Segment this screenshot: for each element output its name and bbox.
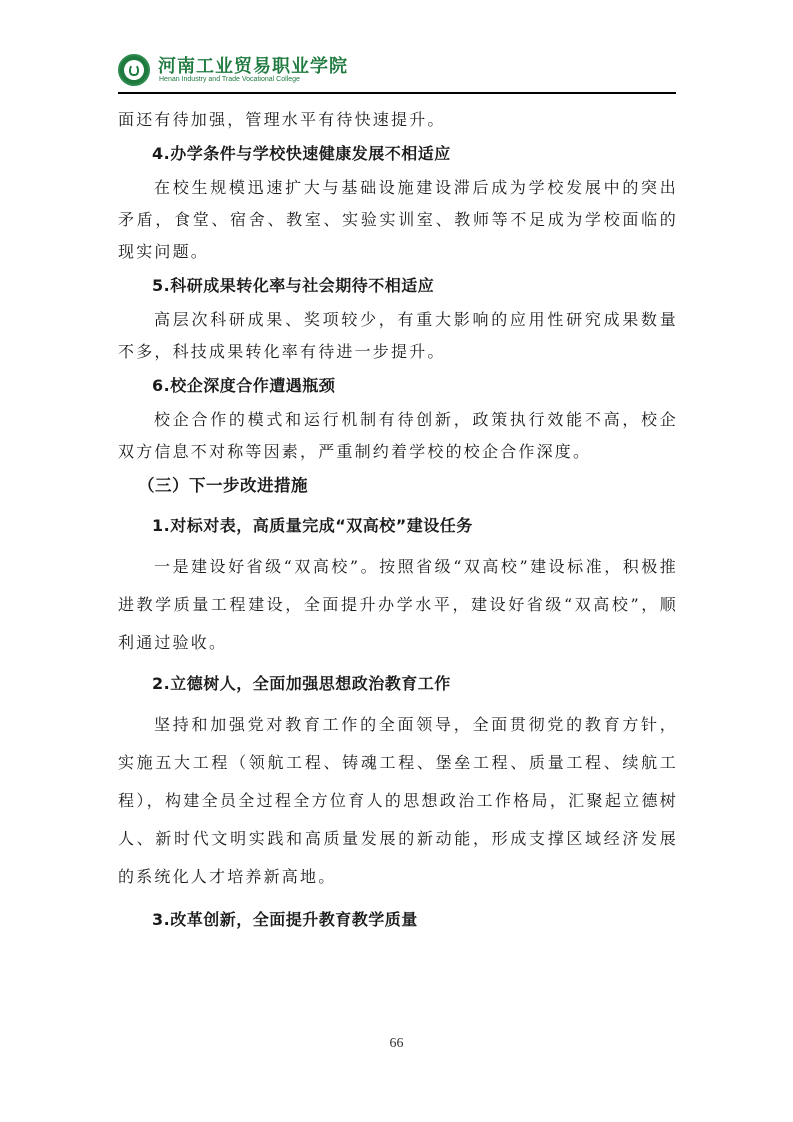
paragraph-double-high: 一是建设好省级“双高校”。按照省级“双高校”建设标准，积极推进教学质量工程建设，…: [118, 548, 678, 662]
section-heading-next-steps: （三）下一步改进措施: [118, 468, 678, 504]
heading-3-reform: 3.改革创新，全面提升教育教学质量: [118, 896, 678, 944]
heading-2-moral-education: 2.立德树人，全面加强思想政治教育工作: [118, 662, 678, 706]
college-emblem-icon: [118, 54, 150, 86]
paragraph-facilities: 在校生规模迅速扩大与基础设施建设滞后成为学校发展中的突出矛盾，食堂、宿舍、教室、…: [118, 172, 678, 268]
paragraph-research: 高层次科研成果、奖项较少，有重大影响的应用性研究成果数量不多，科技成果转化率有待…: [118, 304, 678, 368]
document-body: 面还有待加强，管理水平有待快速提升。 4.办学条件与学校快速健康发展不相适应 在…: [118, 104, 678, 944]
page-header: 河南工业贸易职业学院 Henan Industry and Trade Voca…: [118, 52, 678, 92]
header-divider: [118, 92, 676, 94]
heading-4-facilities: 4.办学条件与学校快速健康发展不相适应: [118, 136, 678, 172]
college-name-en: Henan Industry and Trade Vocational Coll…: [159, 76, 300, 83]
college-name-cn: 河南工业贸易职业学院: [158, 52, 348, 78]
paragraph-cooperation: 校企合作的模式和运行机制有待创新，政策执行效能不高，校企双方信息不对称等因素，严…: [118, 404, 678, 468]
heading-6-cooperation: 6.校企深度合作遭遇瓶颈: [118, 368, 678, 404]
page-number: 66: [0, 1036, 793, 1052]
heading-5-research: 5.科研成果转化率与社会期待不相适应: [118, 268, 678, 304]
paragraph-continuation: 面还有待加强，管理水平有待快速提升。: [118, 104, 678, 136]
heading-1-double-high: 1.对标对表，高质量完成“双高校”建设任务: [118, 504, 678, 548]
paragraph-moral-education: 坚持和加强党对教育工作的全面领导，全面贯彻党的教育方针，实施五大工程（领航工程、…: [118, 706, 678, 896]
